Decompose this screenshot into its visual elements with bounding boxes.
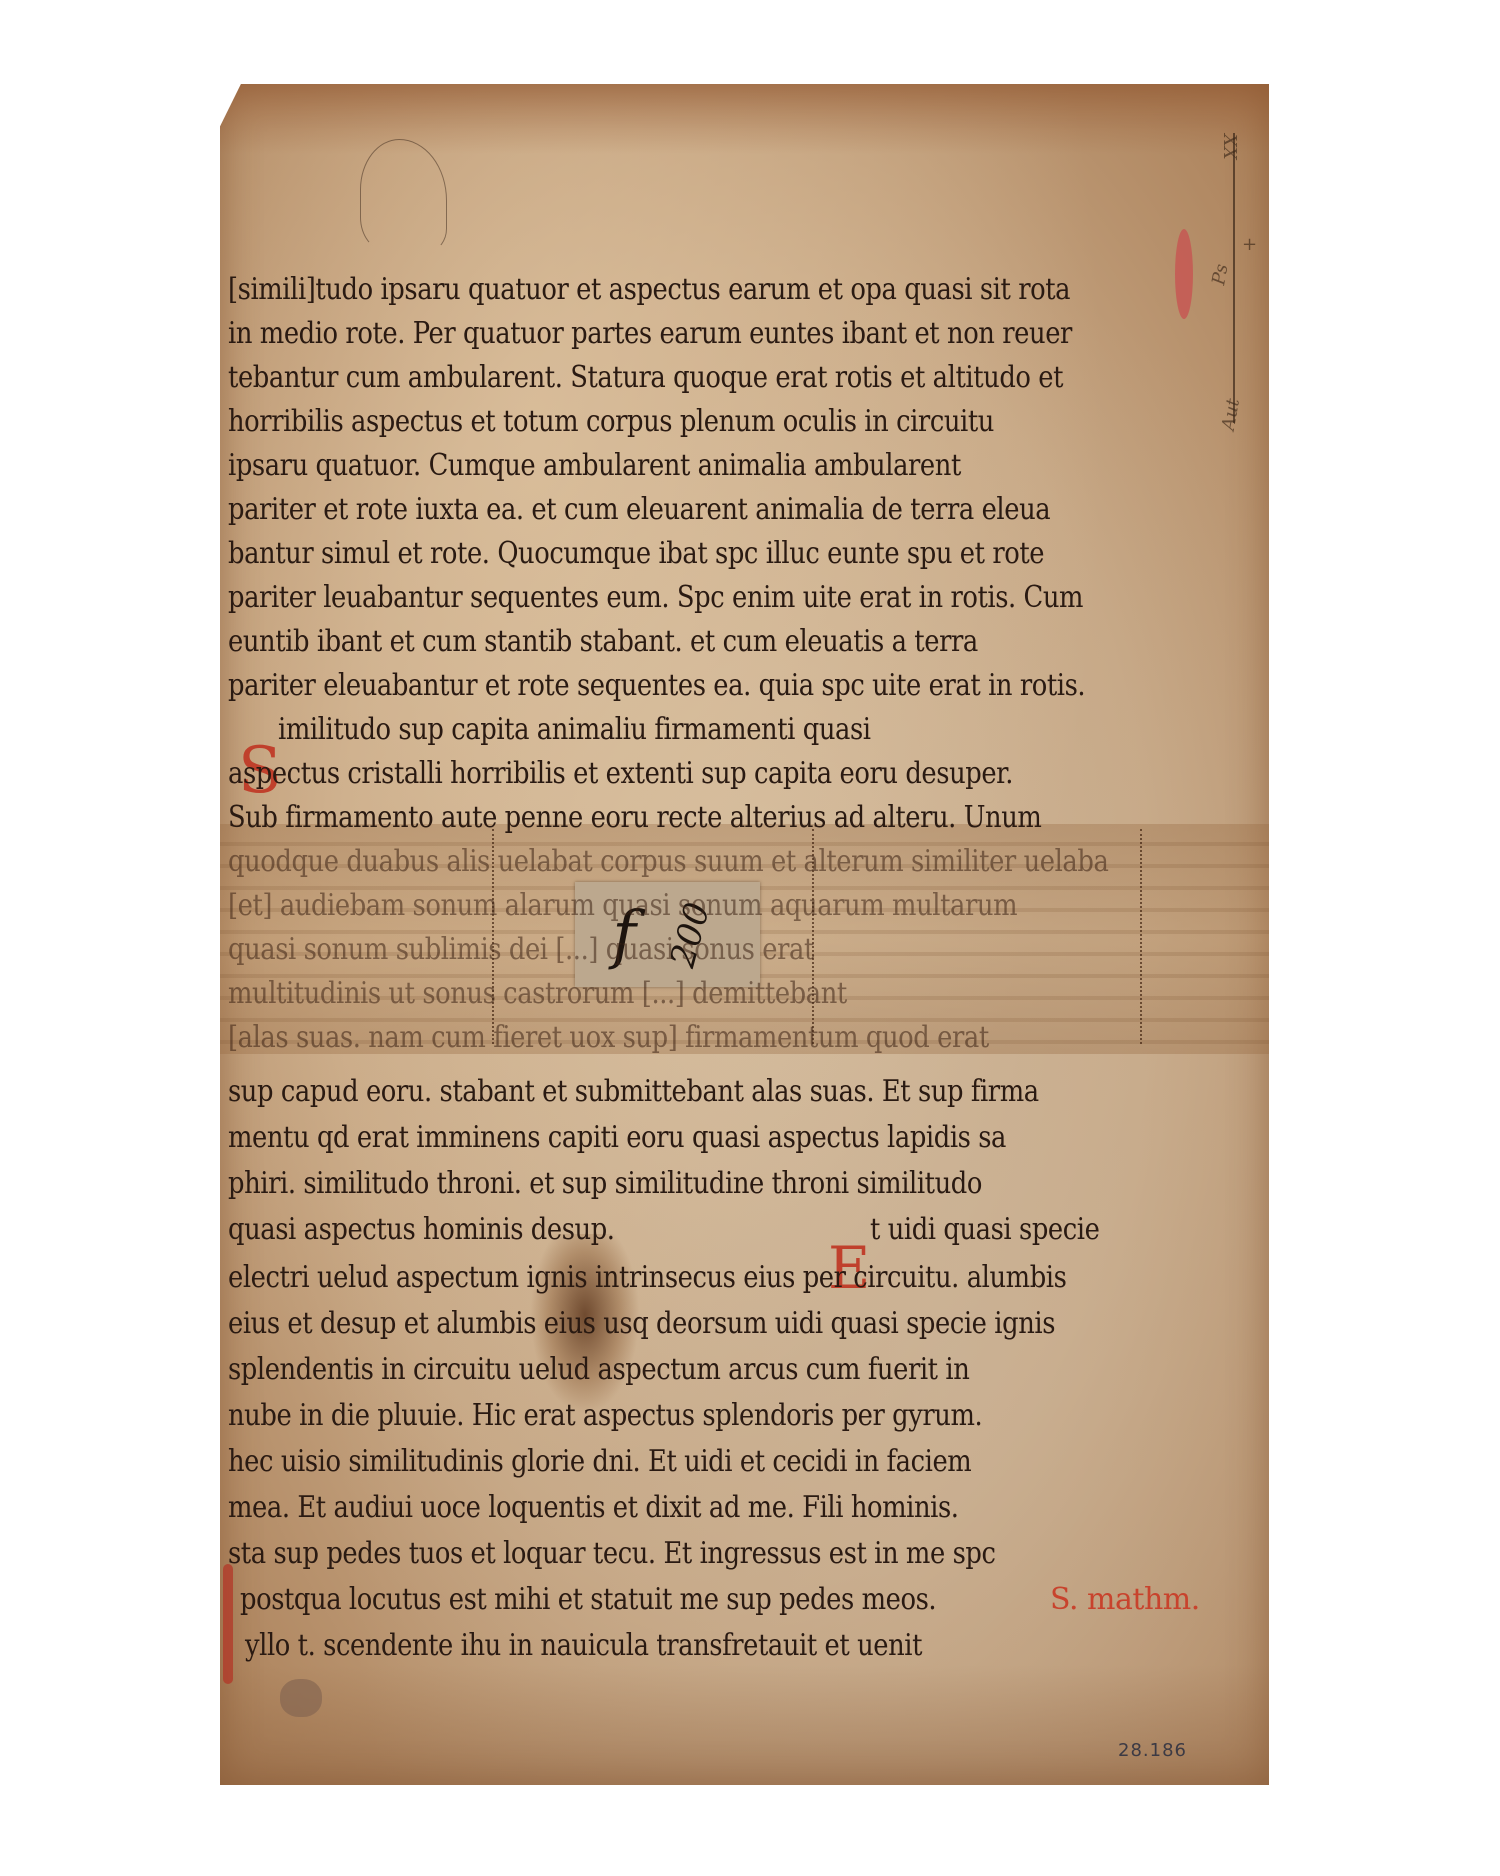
red-initial-stroke <box>223 1564 233 1684</box>
text-line: euntib ibant et cum stantib stabant. et … <box>228 624 978 664</box>
margin-note: XX <box>1219 134 1240 160</box>
spot-stain <box>280 1679 322 1717</box>
text-line: tebantur cum ambularent. Statura quoque … <box>228 360 1063 400</box>
text-line: splendentis in circuitu uelud aspectum a… <box>228 1352 969 1392</box>
rubric-annotation: S. mathm. <box>1050 1582 1200 1622</box>
text-line: horribilis aspectus et totum corpus plen… <box>228 404 994 444</box>
text-line: [et] audiebam sonum alarum quasi sonum a… <box>228 888 1017 928</box>
text-line: Sub firmamento aute penne eoru recte alt… <box>228 800 1041 840</box>
text-line-rubric-continuation: t uidi quasi specie <box>870 1212 1099 1252</box>
text-line: sta sup pedes tuos et loquar tecu. Et in… <box>228 1536 995 1576</box>
text-line: quodque duabus alis uelabat corpus suum … <box>228 844 1108 884</box>
red-paraph-mark <box>1175 229 1193 319</box>
text-line: aspectus cristalli horribilis et extenti… <box>228 756 1013 796</box>
margin-note: Aut <box>1218 397 1244 432</box>
text-line: [alas suas. nam cum fieret uox sup] firm… <box>228 1020 989 1060</box>
accession-number: 28.186 <box>1118 1740 1187 1761</box>
text-line: eius et desup et alumbis eius usq deorsu… <box>228 1306 1055 1346</box>
text-line: [simili]tudo ipsaru quatuor et aspectus … <box>228 272 1070 312</box>
parchment-edge-top <box>220 84 1269 154</box>
text-line: sup capud eoru. stabant et submittebant … <box>228 1074 1039 1114</box>
text-line: phiri. similitudo throni. et sup similit… <box>228 1166 982 1206</box>
margin-note: + <box>1242 234 1257 255</box>
text-line: yllo t. scendente ihu in nauicula transf… <box>245 1628 922 1668</box>
text-line: quasi sonum sublimis dei [...] quasi son… <box>228 932 814 972</box>
pencil-sketch-mark <box>360 139 447 251</box>
text-line: pariter leuabantur sequentes eum. Spc en… <box>228 580 1083 620</box>
stitch-hole-line <box>1140 829 1142 1044</box>
text-line: mea. Et audiui uoce loquentis et dixit a… <box>228 1490 959 1530</box>
text-line: ipsaru quatuor. Cumque ambularent animal… <box>228 448 961 488</box>
text-line: postqua locutus est mihi et statuit me s… <box>240 1582 936 1622</box>
text-line: in medio rote. Per quatuor partes earum … <box>228 316 1072 356</box>
text-line: hec uisio similitudinis glorie dni. Et u… <box>228 1444 971 1484</box>
text-line: mentu qd erat imminens capiti eoru quasi… <box>228 1120 1006 1160</box>
text-line: electri uelud aspectum ignis intrinsecus… <box>228 1260 1066 1300</box>
text-line: pariter eleuabantur et rote sequentes ea… <box>228 668 1085 708</box>
text-line: multitudinis ut sonus castrorum [...] de… <box>228 976 847 1016</box>
text-line: imilitudo sup capita animaliu firmamenti… <box>278 712 871 752</box>
text-line: pariter et rote iuxta ea. et cum eleuare… <box>228 492 1050 532</box>
margin-note: Ps <box>1208 262 1232 286</box>
text-line: nube in die pluuie. Hic erat aspectus sp… <box>228 1398 982 1438</box>
margin-ruled-line <box>1233 133 1235 423</box>
parchment-edge-bottom <box>220 1665 1269 1785</box>
text-line: bantur simul et rote. Quocumque ibat spc… <box>228 536 1044 576</box>
text-line: quasi aspectus hominis desup. <box>228 1212 615 1252</box>
